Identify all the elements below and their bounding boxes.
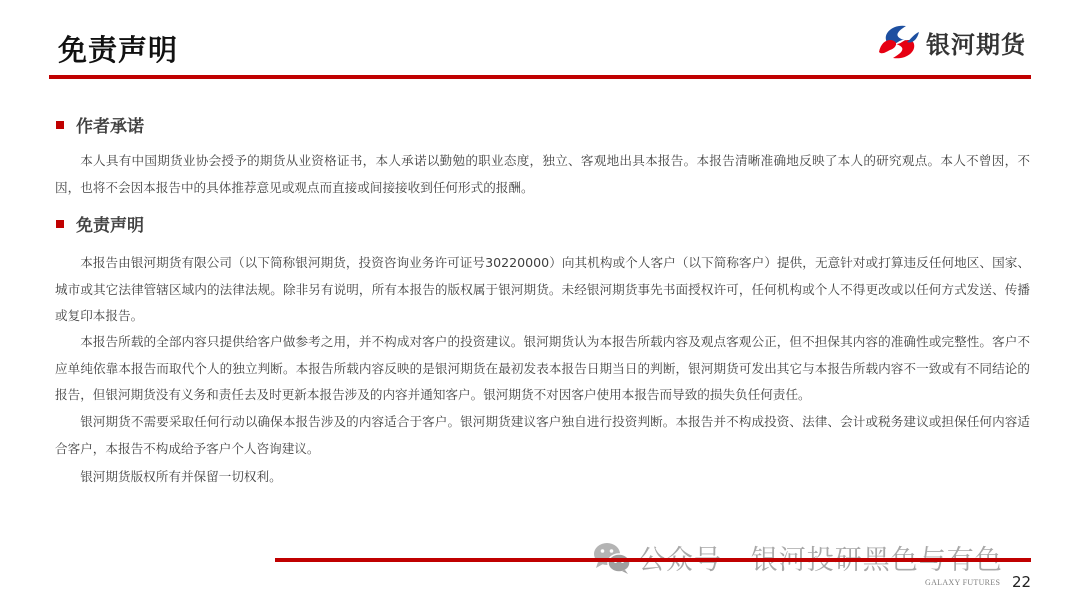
disclaimer-paragraph-1: 本报告由银河期货有限公司（以下简称银河期货，投资咨询业务许可证号30220000…	[55, 250, 1030, 330]
author-commitment-paragraph: 本人具有中国期货业协会授予的期货从业资格证书，本人承诺以勤勉的职业态度，独立、客…	[55, 148, 1030, 201]
disclaimer-paragraph-4: 银河期货版权所有并保留一切权利。	[55, 464, 1030, 491]
page-title: 免责声明	[58, 28, 178, 69]
square-bullet-icon	[56, 121, 64, 129]
section-heading-author-commitment: 作者承诺	[56, 112, 144, 137]
page-number: 22	[1012, 573, 1031, 591]
disclaimer-paragraph-2: 本报告所载的全部内容只提供给客户做参考之用，并不构成对客户的投资建议。银河期货认…	[55, 329, 1030, 409]
logo-text: 银河期货	[926, 25, 1026, 60]
section-heading-disclaimer: 免责声明	[56, 211, 144, 236]
galaxy-futures-logo-icon	[876, 22, 922, 62]
footer-divider	[275, 558, 1031, 562]
section-heading-label: 免责声明	[76, 211, 144, 236]
square-bullet-icon	[56, 220, 64, 228]
footer-brand: GALAXY FUTURES	[925, 578, 1000, 587]
header-divider	[49, 75, 1031, 79]
brand-logo: 银河期货	[876, 22, 1026, 62]
section-heading-label: 作者承诺	[76, 112, 144, 137]
disclaimer-paragraph-3: 银河期货不需要采取任何行动以确保本报告涉及的内容适合于客户。银河期货建议客户独自…	[55, 409, 1030, 462]
